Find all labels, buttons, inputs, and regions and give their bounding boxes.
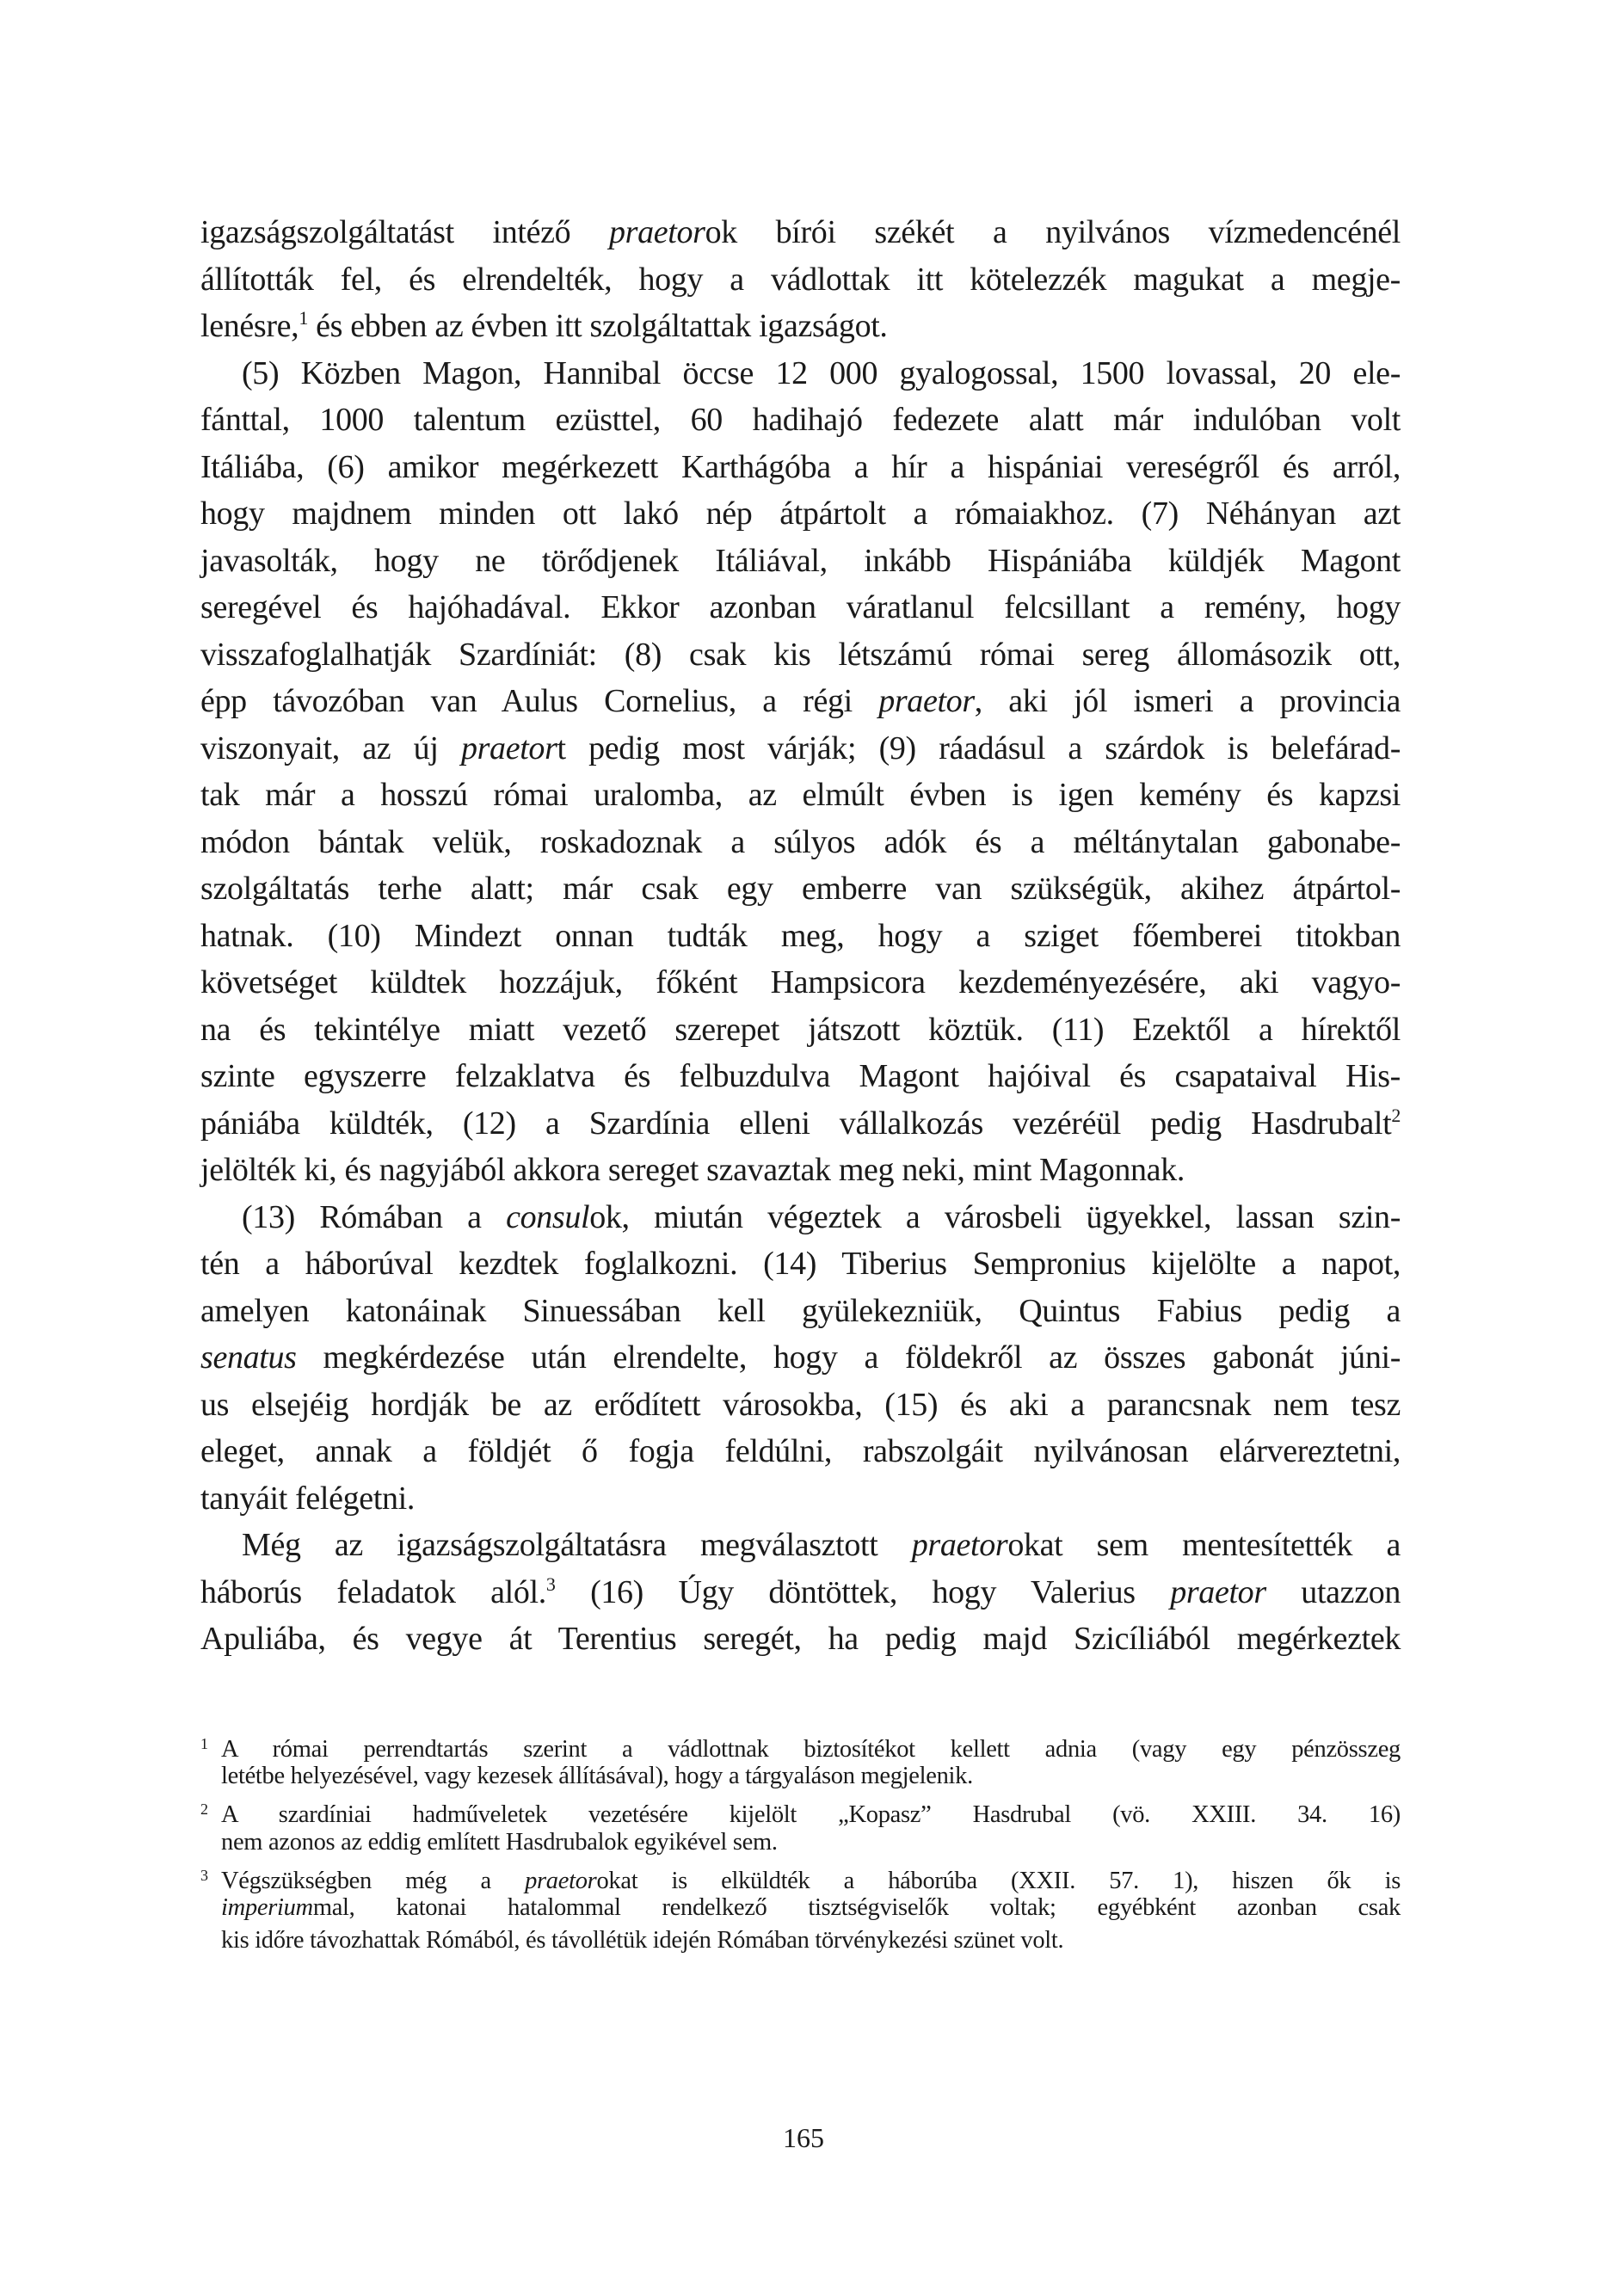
body-line: háborús feladatok alól.3 (16) Úgy döntöt… xyxy=(200,1569,1401,1616)
footnote-reference[interactable]: 3 xyxy=(546,1573,556,1595)
body-line: tén a háborúval kezdtek foglalkozni. (14… xyxy=(200,1240,1401,1288)
italic-term: imperium xyxy=(221,1894,313,1921)
text-run: viszonyait, az új xyxy=(200,730,461,766)
text-run: , aki jól ismeri a provincia xyxy=(975,683,1401,719)
text-run: Itáliába, (6) amikor megérkezett Karthág… xyxy=(200,449,1401,485)
text-run: A római perrendtartás szerint a vádlottn… xyxy=(221,1736,1401,1763)
text-run: mal, katonai hatalommal rendelkező tiszt… xyxy=(313,1894,1401,1921)
body-line: jelölték ki, és nagyjából akkora sereget… xyxy=(200,1147,1401,1194)
text-run: okat is elküldték a háborúba (XXII. 57. … xyxy=(596,1868,1401,1894)
text-run: fánttal, 1000 talentum ezüsttel, 60 hadi… xyxy=(200,402,1401,438)
text-run: utazzon xyxy=(1266,1574,1401,1610)
footnote-line: nem azonos az eddig említett Hasdrubalok… xyxy=(200,1826,1401,1859)
italic-term: praetor xyxy=(609,214,705,250)
text-run: igazságszolgáltatást intéző xyxy=(200,214,609,250)
text-run: követséget küldtek hozzájuk, főként Hamp… xyxy=(200,964,1401,1000)
text-run: letétbe helyezésével, vagy kezesek állít… xyxy=(221,1763,973,1789)
text-run: visszafoglalhatják Szardíniát: (8) csak … xyxy=(200,637,1401,673)
footnote-reference[interactable]: 2 xyxy=(1391,1105,1401,1126)
body-line: na és tekintélye miatt vezető szerepet j… xyxy=(200,1006,1401,1054)
footnote-number: 2 xyxy=(200,1793,221,1825)
text-run: us elsejéig hordják be az erődített váro… xyxy=(200,1387,1401,1423)
text-run: tanyáit felégetni. xyxy=(200,1480,415,1517)
footnote-number: 3 xyxy=(200,1859,221,1892)
footnote-1: 1A római perrendtartás szerint a vádlott… xyxy=(200,1727,1401,1793)
body-line: állították fel, és elrendelték, hogy a v… xyxy=(200,256,1401,304)
text-run: lenésre, xyxy=(200,308,299,344)
text-run: jelölték ki, és nagyjából akkora sereget… xyxy=(200,1152,1185,1188)
italic-term: praetor xyxy=(1170,1574,1266,1610)
text-run: kis időre távozhattak Rómából, és távoll… xyxy=(221,1927,1063,1954)
text-run: hogy majdnem minden ott lakó nép átpárto… xyxy=(200,496,1401,532)
text-run: szolgáltatás terhe alatt; már csak egy e… xyxy=(200,871,1401,907)
text-run: t pedig most várják; (9) ráadásul a szár… xyxy=(557,730,1401,766)
text-run: szinte egyszerre felzaklatva és felbuzdu… xyxy=(200,1058,1401,1094)
text-run: épp távozóban van Aulus Cornelius, a rég… xyxy=(200,683,878,719)
body-line: tak már a hosszú római uralomba, az elmú… xyxy=(200,772,1401,819)
footnote-2: 2A szardíniai hadműveletek vezetésére ki… xyxy=(200,1793,1401,1858)
body-line: szinte egyszerre felzaklatva és felbuzdu… xyxy=(200,1053,1401,1100)
body-line: követséget küldtek hozzájuk, főként Hamp… xyxy=(200,959,1401,1006)
body-line: fánttal, 1000 talentum ezüsttel, 60 hadi… xyxy=(200,397,1401,444)
italic-term: praetor xyxy=(878,683,975,719)
text-run: pániába küldték, (12) a Szardínia elleni… xyxy=(200,1105,1391,1142)
text-run: nem azonos az eddig említett Hasdrubalok… xyxy=(221,1829,778,1856)
text-run: tén a háborúval kezdtek foglalkozni. (14… xyxy=(200,1246,1401,1282)
main-text-column: igazságszolgáltatást intéző praetorok bí… xyxy=(200,209,1401,1663)
body-line: viszonyait, az új praetort pedig most vá… xyxy=(200,725,1401,773)
body-line: Még az igazságszolgáltatásra megválaszto… xyxy=(200,1522,1401,1569)
italic-term: senatus xyxy=(200,1339,297,1376)
body-line: lenésre,1 és ebben az évben itt szolgált… xyxy=(200,303,1401,350)
footnote-line: 2A szardíniai hadműveletek vezetésére ki… xyxy=(200,1793,1401,1825)
footnote-line: 1A római perrendtartás szerint a vádlott… xyxy=(200,1727,1401,1760)
body-line: (5) Közben Magon, Hannibal öccse 12 000 … xyxy=(200,350,1401,397)
text-run: Még az igazságszolgáltatásra megválaszto… xyxy=(242,1527,912,1563)
text-run: tak már a hosszú római uralomba, az elmú… xyxy=(200,777,1401,813)
text-run: módon bántak velük, roskadoznak a súlyos… xyxy=(200,824,1401,860)
footnote-line: kis időre távozhattak Rómából, és távoll… xyxy=(200,1924,1401,1957)
footnote-reference[interactable]: 1 xyxy=(299,307,308,329)
text-run: seregével és hajóhadával. Ekkor azonban … xyxy=(200,589,1401,625)
text-run: A szardíniai hadműveletek vezetésére kij… xyxy=(221,1801,1401,1828)
body-line: (13) Rómában a consulok, miután végeztek… xyxy=(200,1194,1401,1241)
footnotes-section: 1A római perrendtartás szerint a vádlott… xyxy=(200,1727,1401,1957)
italic-term: praetor xyxy=(525,1868,596,1894)
italic-term: consul xyxy=(506,1199,589,1235)
body-line: igazságszolgáltatást intéző praetorok bí… xyxy=(200,209,1401,256)
text-run: hatnak. (10) Mindezt onnan tudták meg, h… xyxy=(200,918,1401,954)
book-page: igazságszolgáltatást intéző praetorok bí… xyxy=(0,0,1607,2296)
text-run: javasolták, hogy ne törődjenek Itáliával… xyxy=(200,543,1401,579)
body-line: Itáliába, (6) amikor megérkezett Karthág… xyxy=(200,444,1401,491)
text-run: ok bírói székét a nyilvános vízmedencéné… xyxy=(705,214,1401,250)
body-line: seregével és hajóhadával. Ekkor azonban … xyxy=(200,584,1401,631)
body-line: amelyen katonáinak Sinuessában kell gyül… xyxy=(200,1288,1401,1335)
body-line: visszafoglalhatják Szardíniát: (8) csak … xyxy=(200,631,1401,679)
body-line: szolgáltatás terhe alatt; már csak egy e… xyxy=(200,865,1401,913)
body-line: épp távozóban van Aulus Cornelius, a rég… xyxy=(200,678,1401,725)
body-line: pániába küldték, (12) a Szardínia elleni… xyxy=(200,1100,1401,1148)
text-run: háborús feladatok alól. xyxy=(200,1574,546,1610)
text-run: na és tekintélye miatt vezető szerepet j… xyxy=(200,1012,1401,1048)
footnote-3: 3Végszükségben még a praetorokat is elkü… xyxy=(200,1859,1401,1958)
italic-term: praetor xyxy=(461,730,557,766)
footnote-number: 1 xyxy=(200,1727,221,1760)
body-line: eleget, annak a földjét ő fogja feldúlni… xyxy=(200,1428,1401,1475)
body-line: hogy majdnem minden ott lakó nép átpárto… xyxy=(200,490,1401,538)
text-run: eleget, annak a földjét ő fogja feldúlni… xyxy=(200,1433,1401,1469)
body-line: hatnak. (10) Mindezt onnan tudták meg, h… xyxy=(200,913,1401,960)
footnote-line: 3Végszükségben még a praetorokat is elkü… xyxy=(200,1859,1401,1892)
text-run: (16) Úgy döntöttek, hogy Valerius xyxy=(556,1574,1171,1610)
text-run: amelyen katonáinak Sinuessában kell gyül… xyxy=(200,1293,1401,1329)
body-line: Apuliába, és vegye át Terentius seregét,… xyxy=(200,1616,1401,1663)
text-run: állították fel, és elrendelték, hogy a v… xyxy=(200,262,1401,298)
body-line: tanyáit felégetni. xyxy=(200,1475,1401,1523)
text-run: és ebben az évben itt szolgáltattak igaz… xyxy=(308,308,888,344)
italic-term: praetor xyxy=(912,1527,1008,1563)
text-run: Apuliába, és vegye át Terentius seregét,… xyxy=(200,1621,1401,1657)
text-run: okat sem mentesítették a xyxy=(1007,1527,1401,1563)
footnote-line: imperiummal, katonai hatalommal rendelke… xyxy=(200,1892,1401,1924)
text-run: ok, miután végeztek a városbeli ügyekkel… xyxy=(589,1199,1401,1235)
body-line: javasolták, hogy ne törődjenek Itáliával… xyxy=(200,538,1401,585)
page-number: 165 xyxy=(0,2121,1607,2155)
text-run: (5) Közben Magon, Hannibal öccse 12 000 … xyxy=(242,355,1401,391)
body-line: senatus megkérdezése után elrendelte, ho… xyxy=(200,1334,1401,1382)
body-line: us elsejéig hordják be az erődített váro… xyxy=(200,1382,1401,1429)
text-run: (13) Rómában a xyxy=(242,1199,506,1235)
text-run: Végszükségben még a xyxy=(221,1868,525,1894)
text-run: megkérdezése után elrendelte, hogy a föl… xyxy=(297,1339,1401,1376)
body-line: módon bántak velük, roskadoznak a súlyos… xyxy=(200,819,1401,866)
footnote-line: letétbe helyezésével, vagy kezesek állít… xyxy=(200,1760,1401,1793)
